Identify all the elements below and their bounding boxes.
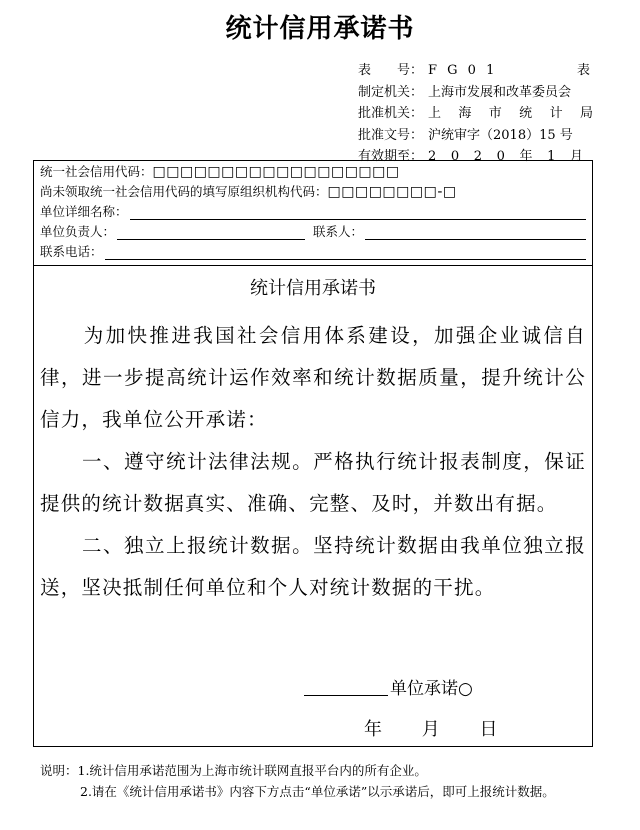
signature-line xyxy=(304,694,388,696)
credit-code-row: 统一社会信用代码： □□□□□□□□□□□□□□□□□□ xyxy=(40,164,586,180)
unit-commit-control[interactable]: 单位承诺 ○ xyxy=(304,674,473,699)
commitment-subtitle: 统计信用承诺书 xyxy=(34,274,592,300)
org-code-input[interactable]: □□□□□□□□-□ xyxy=(328,184,457,200)
meta-issuer: 制定机关： 上海市发展和改革委员会 xyxy=(358,82,593,104)
intro-paragraph: 为加快推进我国社会信用体系建设，加强企业诚信自律，进一步提高统计运作效率和统计数… xyxy=(40,315,586,441)
note-line-2: 2.请在《统计信用承诺书》内容下方点击“单位承诺”以示承诺后，即可上报统计数据。 xyxy=(40,781,600,802)
unit-info-section: 统一社会信用代码： □□□□□□□□□□□□□□□□□□ 尚未领取统一社会信用代… xyxy=(34,161,592,266)
phone-row: 联系电话： xyxy=(40,244,586,260)
meta-approval-number: 批准文号： 沪统审字（2018）15 号 xyxy=(358,125,593,147)
year-label: 年 xyxy=(364,715,382,741)
commitment-item-1: 一、遵守统计法律法规。严格执行统计报表制度，保证提供的统计数据真实、准确、完整、… xyxy=(40,441,586,525)
unit-commit-label: 单位承诺 xyxy=(390,674,458,699)
meta-approver: 批准机关： 上海市统计局 xyxy=(358,103,593,125)
unit-head-field[interactable] xyxy=(117,227,305,240)
note-line-1: 说明：1.统计信用承诺范围为上海市统计联网直报平台内的所有企业。 xyxy=(40,760,600,781)
date-row: 年 月 日 xyxy=(364,715,531,741)
day-label: 日 xyxy=(479,715,497,741)
contact-field[interactable] xyxy=(365,227,586,240)
commitment-item-2: 二、独立上报统计数据。坚持统计数据由我单位独立报送，坚决抵制任何单位和个人对统计… xyxy=(40,525,586,609)
page-title: 统计信用承诺书 xyxy=(0,8,640,45)
org-code-row: 尚未领取统一社会信用代码的填写原组织机构代码： □□□□□□□□-□ xyxy=(40,184,586,200)
unit-name-field[interactable] xyxy=(130,207,586,220)
credit-code-input[interactable]: □□□□□□□□□□□□□□□□□□ xyxy=(153,164,400,180)
notes-section: 说明：1.统计信用承诺范围为上海市统计联网直报平台内的所有企业。 2.请在《统计… xyxy=(40,760,600,802)
unit-head-row: 单位负责人： 联系人： xyxy=(40,224,586,240)
month-label: 月 xyxy=(422,715,440,741)
form-meta: 表 号： F G 0 1表 制定机关： 上海市发展和改革委员会 批准机关： 上海… xyxy=(358,60,593,168)
commit-radio-icon[interactable]: ○ xyxy=(458,679,473,699)
unit-name-row: 单位详细名称： xyxy=(40,204,586,220)
commitment-form: 统一社会信用代码： □□□□□□□□□□□□□□□□□□ 尚未领取统一社会信用代… xyxy=(33,160,593,747)
meta-form-number: 表 号： F G 0 1表 xyxy=(358,60,593,82)
phone-field[interactable] xyxy=(105,247,586,260)
